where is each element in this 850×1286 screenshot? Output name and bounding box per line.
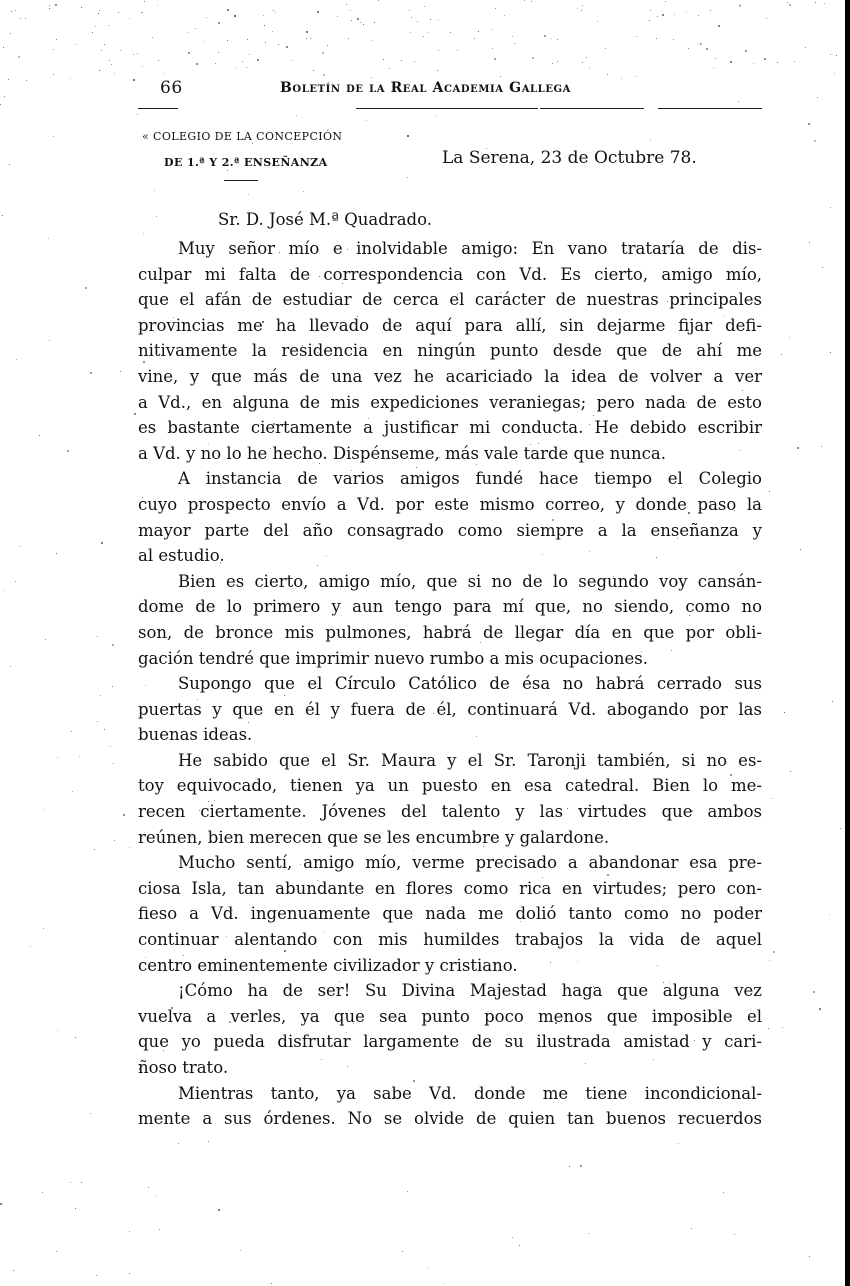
text-line: al estudio. bbox=[138, 543, 762, 569]
text-line: Muy señor mío e inolvidable amigo: En va… bbox=[138, 236, 762, 262]
text-line: continuar alentando con mis humildes tra… bbox=[138, 927, 762, 953]
scan-edge-bar bbox=[845, 0, 850, 1286]
paragraph: A instancia de varios amigos fundé hace … bbox=[138, 466, 762, 568]
text-line: ¡Cómo ha de ser! Su Divina Majestad haga… bbox=[138, 978, 762, 1004]
text-line: es bastante ciertamente a justificar mi … bbox=[138, 415, 762, 441]
letter-body: Muy señor mío e inolvidable amigo: En va… bbox=[138, 236, 762, 1132]
text-line: reúnen, bien merecen que se les encumbre… bbox=[138, 825, 762, 851]
text-line: son, de bronce mis pulmones, habrá de ll… bbox=[138, 620, 762, 646]
text-line: Supongo que el Círculo Católico de ésa n… bbox=[138, 671, 762, 697]
paragraph: Muy señor mío e inolvidable amigo: En va… bbox=[138, 236, 762, 466]
text-line: culpar mi falta de correspondencia con V… bbox=[138, 262, 762, 288]
text-line: cuyo prospecto envío a Vd. por este mism… bbox=[138, 492, 762, 518]
text-line: centro eminentemente civilizador y crist… bbox=[138, 953, 762, 979]
text-line: mente a sus órdenes. No se olvide de qui… bbox=[138, 1106, 762, 1132]
text-line: ciosa Isla, tan abundante en flores como… bbox=[138, 876, 762, 902]
paragraph: Mientras tanto, ya sabe Vd. donde me tie… bbox=[138, 1081, 762, 1132]
document-page: 66 Boletín de la Real Academia Gallega «… bbox=[138, 78, 762, 1132]
text-line: fieso a Vd. ingenuamente que nada me dol… bbox=[138, 901, 762, 927]
text-line: vuelva a verles, ya que sea punto poco m… bbox=[138, 1004, 762, 1030]
letterhead-rule bbox=[224, 180, 258, 181]
text-line: ñoso trato. bbox=[138, 1055, 762, 1081]
text-line: buenas ideas. bbox=[138, 722, 762, 748]
text-line: mayor parte del año consagrado como siem… bbox=[138, 518, 762, 544]
text-line: Mientras tanto, ya sabe Vd. donde me tie… bbox=[138, 1081, 762, 1107]
header-rules bbox=[138, 104, 762, 114]
paragraph: ¡Cómo ha de ser! Su Divina Majestad haga… bbox=[138, 978, 762, 1080]
salutation: Sr. D. José M.ª Quadrado. bbox=[218, 208, 762, 232]
text-line: provincias me ha llevado de aquí para al… bbox=[138, 313, 762, 339]
paragraph: He sabido que el Sr. Maura y el Sr. Taro… bbox=[138, 748, 762, 850]
paragraph: Supongo que el Círculo Católico de ésa n… bbox=[138, 671, 762, 748]
text-line: toy equivocado, tienen ya un puesto en e… bbox=[138, 773, 762, 799]
text-line: recen ciertamente. Jóvenes del talento y… bbox=[138, 799, 762, 825]
text-line: vine, y que más de una vez he acariciado… bbox=[138, 364, 762, 390]
text-line: Mucho sentí, amigo mío, verme precisado … bbox=[138, 850, 762, 876]
running-head: 66 Boletín de la Real Academia Gallega bbox=[138, 78, 762, 104]
text-line: dome de lo primero y aun tengo para mí q… bbox=[138, 594, 762, 620]
text-line: que yo pueda disfrutar largamente de su … bbox=[138, 1029, 762, 1055]
text-line: que el afán de estudiar de cerca el cará… bbox=[138, 287, 762, 313]
text-line: puertas y que en él y fuera de él, conti… bbox=[138, 697, 762, 723]
paragraph: Mucho sentí, amigo mío, verme precisado … bbox=[138, 850, 762, 978]
text-line: a Vd., en alguna de mis expediciones ver… bbox=[138, 390, 762, 416]
place-date: La Serena, 23 de Octubre 78. bbox=[442, 148, 697, 168]
header-rule-left bbox=[138, 108, 178, 109]
institution-subtitle: DE 1.ª Y 2.ª ENSEÑANZA bbox=[164, 156, 328, 169]
text-line: A instancia de varios amigos fundé hace … bbox=[138, 466, 762, 492]
page-number: 66 bbox=[160, 78, 183, 98]
text-line: He sabido que el Sr. Maura y el Sr. Taro… bbox=[138, 748, 762, 774]
header-rule-right bbox=[658, 108, 762, 109]
text-line: Bien es cierto, amigo mío, que si no de … bbox=[138, 569, 762, 595]
header-rule-middle-2 bbox=[540, 108, 644, 109]
paragraph: Bien es cierto, amigo mío, que si no de … bbox=[138, 569, 762, 671]
letterhead: « COLEGIO DE LA CONCEPCIÓN DE 1.ª Y 2.ª … bbox=[138, 128, 762, 198]
institution-name: « COLEGIO DE LA CONCEPCIÓN bbox=[142, 130, 342, 143]
journal-title: Boletín de la Real Academia Gallega bbox=[280, 80, 571, 96]
text-line: nitivamente la residencia en ningún punt… bbox=[138, 338, 762, 364]
header-rule-middle bbox=[356, 108, 538, 109]
text-line: a Vd. y no lo he hecho. Dispénseme, más … bbox=[138, 441, 762, 467]
text-line: gación tendré que imprimir nuevo rumbo a… bbox=[138, 646, 762, 672]
